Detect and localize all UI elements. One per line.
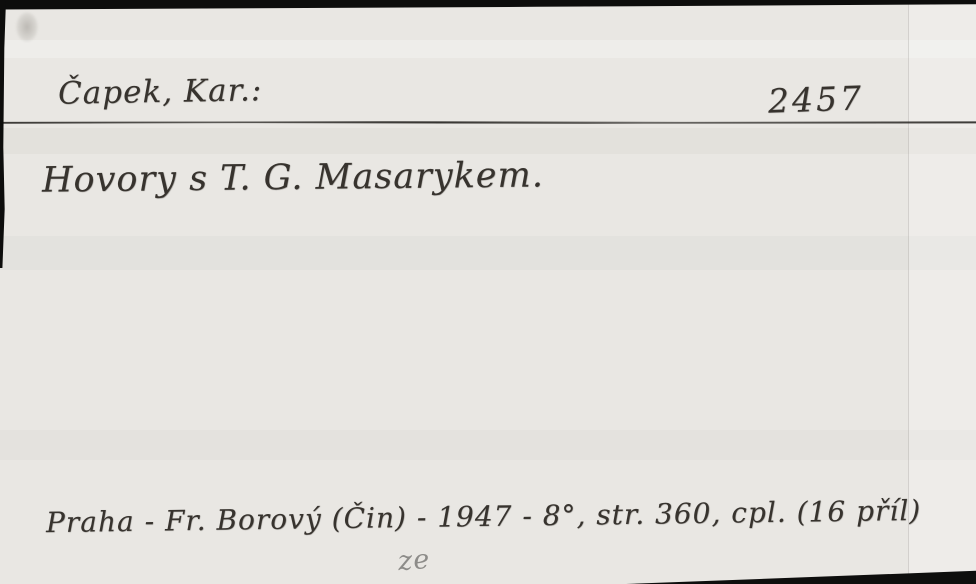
scan-band [0, 40, 976, 58]
title-line: Hovory s T. G. Masarykem. [42, 155, 544, 200]
scan-band [0, 128, 976, 154]
catalog-number: 2457 [767, 78, 864, 120]
scan-band [0, 236, 976, 270]
author-heading: Čapek, Kar.: [58, 72, 263, 112]
smudge-mark [16, 12, 38, 42]
scan-band [0, 430, 976, 460]
card-paper: Čapek, Kar.: 2457 Hovory s T. G. Masaryk… [0, 0, 976, 584]
header-rule [0, 121, 976, 124]
pencil-note: ze [397, 544, 431, 577]
imprint-line: Praha - Fr. Borový (Čin) - 1947 - 8°, st… [46, 494, 922, 539]
scanned-catalog-card: Čapek, Kar.: 2457 Hovory s T. G. Masaryk… [0, 0, 976, 584]
